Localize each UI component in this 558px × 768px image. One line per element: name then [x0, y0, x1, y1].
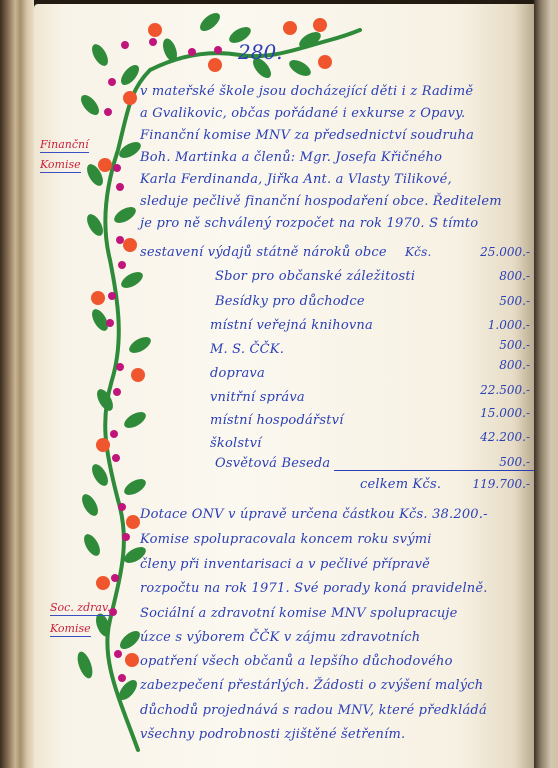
budget-amount: 1.000.-: [440, 318, 530, 332]
budget-header: sestavení výdajů státně nároků obce: [140, 245, 387, 260]
budget-amount: 42.200.-: [440, 430, 530, 444]
body-line: opatření všech občanů a lepšího důchodov…: [140, 654, 453, 669]
body-line: důchodů projednává s radou MNV, které př…: [140, 703, 487, 718]
intro-line: je pro ně schválený rozpočet na rok 1970…: [140, 216, 478, 231]
margin-note-finance-line2: Komise: [40, 158, 81, 173]
book-spine-pages-edge: [0, 0, 34, 768]
margin-note-finance-line1: Finanční: [40, 138, 89, 153]
budget-item-label: místní veřejná knihovna: [210, 318, 373, 333]
body-line: všechny podrobnosti zjištěné šetřením.: [140, 727, 405, 742]
budget-item-label: místní hospodářství: [210, 413, 344, 428]
sum-underline: [334, 470, 534, 471]
budget-item-label: M. S. ČČK.: [210, 342, 284, 357]
intro-line: v mateřské škole jsou docházející děti i…: [140, 84, 473, 99]
body-line: Sociální a zdravotní komise MNV spolupra…: [140, 606, 458, 621]
intro-line: a Gvalikovic, občas pořádané i exkurse z…: [140, 106, 465, 121]
body-line: Dotace ONV v úpravě určena částkou Kčs. …: [140, 507, 488, 522]
body-line: zabezpečení přestárlých. Žádosti o zvýše…: [140, 678, 483, 693]
budget-item-label: Besídky pro důchodce: [215, 294, 365, 309]
budget-item-label: školství: [210, 436, 262, 451]
margin-note-social-line2: Komise: [50, 622, 91, 637]
budget-amount: 22.500.-: [440, 383, 530, 397]
budget-item-label: vnitřní správa: [210, 390, 305, 405]
intro-line: Finanční komise MNV za předsednictví sou…: [140, 128, 474, 143]
body-line: Komise spolupracovala koncem roku svými: [140, 532, 432, 547]
budget-item-label: doprava: [210, 366, 265, 381]
budget-amount: 25.000.-: [440, 245, 530, 259]
body-line: členy při inventarisaci a v pečlivé příp…: [140, 557, 430, 572]
total-amount: 119.700.-: [440, 477, 530, 491]
facing-page-edge: [534, 0, 558, 768]
budget-item-label: Osvětová Beseda: [215, 456, 330, 471]
budget-amount: 15.000.-: [440, 406, 530, 420]
total-label: celkem Kčs.: [360, 477, 441, 492]
intro-line: sleduje pečlivě finanční hospodaření obc…: [140, 194, 502, 209]
body-line: rozpočtu na rok 1971. Své porady koná pr…: [140, 581, 488, 596]
book-spread: 280. Finanční Komise Soc. zdrav. Komise …: [0, 0, 558, 768]
budget-amount: 500.-: [440, 455, 530, 469]
body-line: úzce s výborem ČČK v zájmu zdravotních: [140, 630, 420, 645]
page-number: 280.: [238, 40, 283, 64]
intro-line: Boh. Martinka a členů: Mgr. Josefa Křičn…: [140, 150, 442, 165]
budget-amount: 500.-: [440, 294, 530, 308]
budget-amount: 800.-: [440, 269, 530, 283]
margin-note-social-line1: Soc. zdrav.: [50, 601, 110, 616]
intro-line: Karla Ferdinanda, Jiřka Ant. a Vlasty Ti…: [140, 172, 452, 187]
budget-amount: 800.-: [440, 358, 530, 372]
budget-amount: 500.-: [440, 338, 530, 352]
currency-prefix: Kčs.: [405, 245, 431, 259]
budget-item-label: Sbor pro občanské záležitosti: [215, 269, 415, 284]
